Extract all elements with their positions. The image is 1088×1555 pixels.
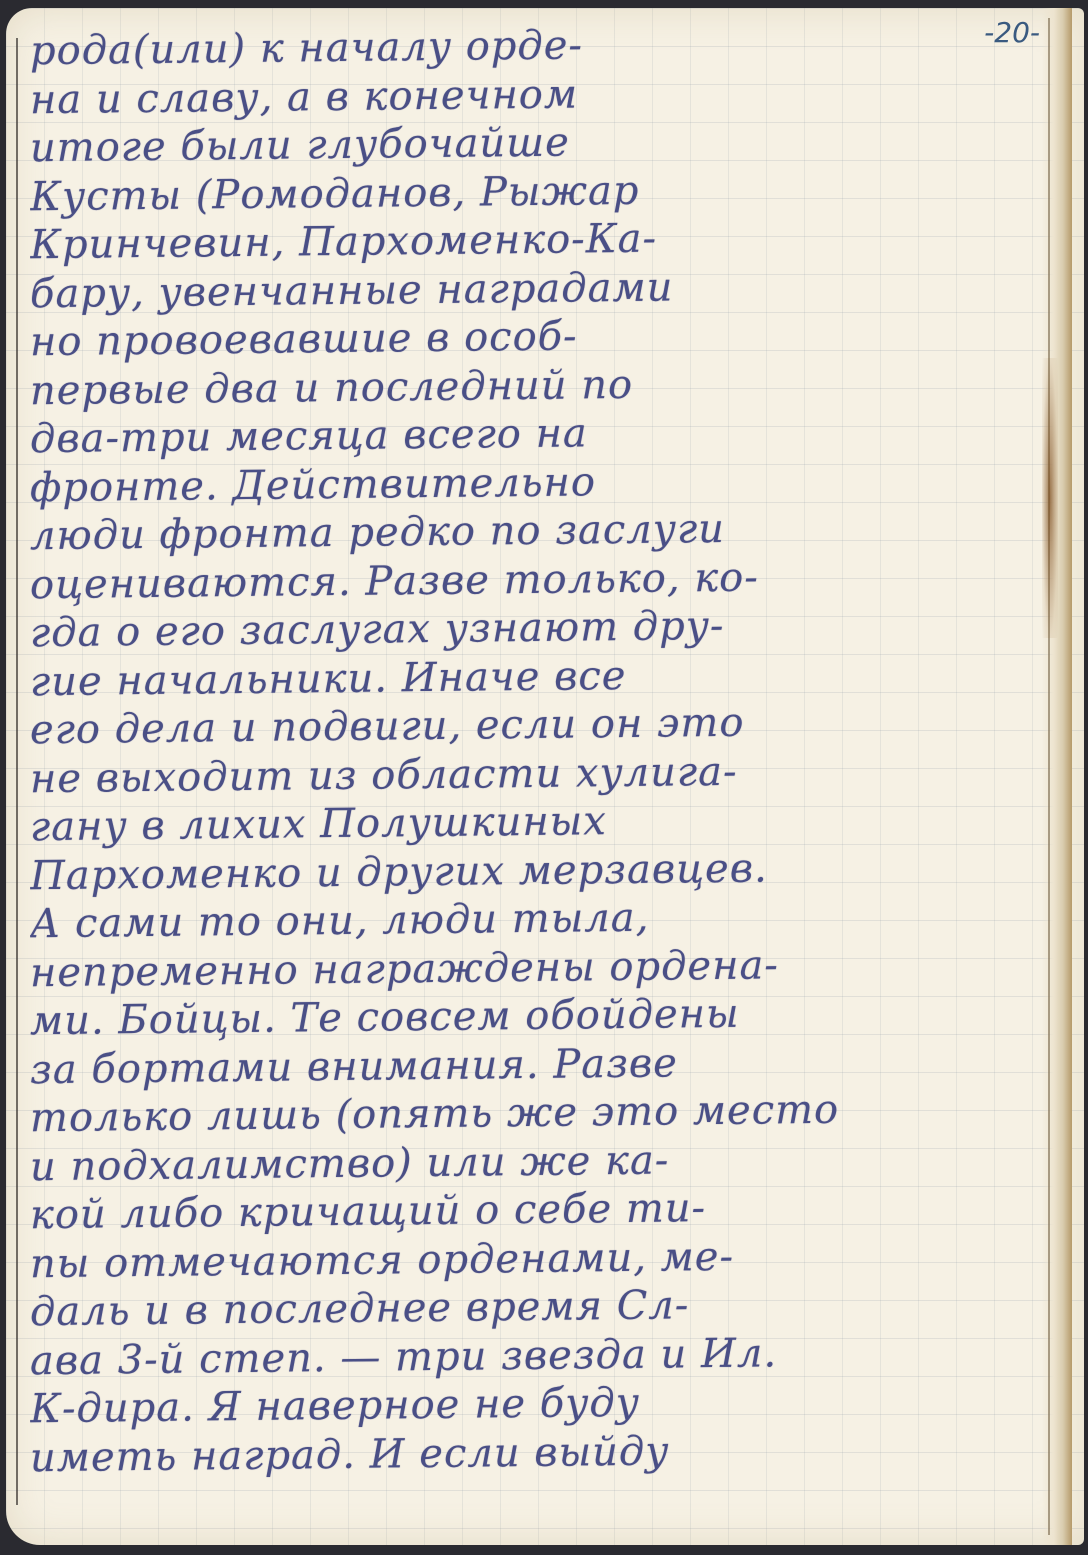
notebook-binding <box>1042 8 1072 1545</box>
text-line: иметь наград. И если выйду <box>30 1423 1024 1482</box>
page-edge-line <box>16 38 18 1505</box>
binding-fold-line <box>1048 18 1050 1535</box>
paper-stain <box>1042 358 1058 638</box>
notebook-page: -20- рода(или) к началу орде-на и славу,… <box>6 8 1084 1545</box>
handwritten-text: рода(или) к началу орде-на и славу, а в … <box>30 22 1024 1477</box>
